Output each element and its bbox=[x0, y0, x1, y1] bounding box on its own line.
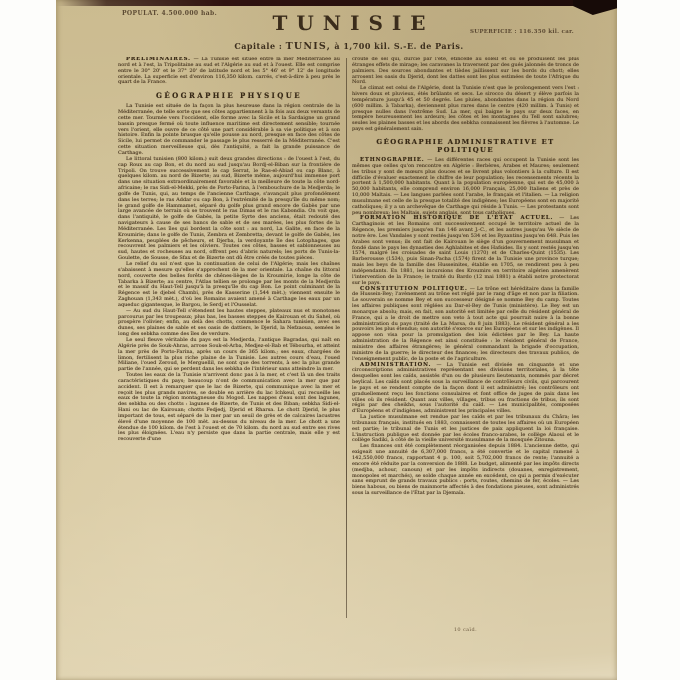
paragraph: La justice musulmane est rendue par les … bbox=[352, 415, 579, 444]
paragraph-constitution-politique: CONSTITUTION POLITIQUE. — Le trône est h… bbox=[352, 287, 579, 363]
paragraph-text: — Les Carthaginois et les Romains ont su… bbox=[352, 215, 579, 285]
paragraph-preliminaires: PRÉLIMINAIRES. — La Tunisie est située e… bbox=[118, 57, 340, 86]
paragraph-ethnographie: ETHNOGRAPHIE. — Les différentes races qu… bbox=[352, 158, 579, 216]
paragraph: La Tunisie est située de la façon la plu… bbox=[118, 104, 340, 157]
paragraph: Le littoral tunisien (800 kilom.) suit d… bbox=[118, 157, 340, 262]
section-heading-geographie-physique: GÉOGRAPHIE PHYSIQUE bbox=[118, 91, 340, 100]
column-divider-rule bbox=[346, 58, 347, 618]
capitale-line: Capitale : TUNIS, à 1,700 kil. S.-E. de … bbox=[118, 41, 580, 52]
capitale-prefix: Capitale : bbox=[234, 41, 285, 51]
paragraph: Les finances ont été complètement réorga… bbox=[352, 444, 579, 497]
section-heading-geographie-administrative: GÉOGRAPHIE ADMINISTRATIVE ET POLITIQUE bbox=[352, 138, 579, 154]
paragraph-text: — La Tunisie est située entre la mer Méd… bbox=[118, 57, 340, 85]
left-text-column: PRÉLIMINAIRES. — La Tunisie est située e… bbox=[118, 57, 340, 615]
paragraph-text: — Les différentes races qui occupent la … bbox=[352, 157, 579, 216]
capitale-suffix: à 1,700 kil. S.-E. de Paris. bbox=[331, 41, 464, 51]
paragraph-administration: ADMINISTRATION. — La Tunisie est divisée… bbox=[352, 363, 579, 416]
book-binding-edge bbox=[56, 0, 617, 6]
paragraph-text: — La Tunisie est divisée en cinquante et… bbox=[352, 362, 579, 415]
superficie-label: SUPERFICIE : 116.350 kil. car. bbox=[447, 29, 597, 35]
printer-signature: 10 caïd. bbox=[352, 627, 579, 633]
paragraph-formation-historique: FORMATION HISTORIQUE DE L'ÉTAT ACTUEL. —… bbox=[352, 216, 579, 286]
right-text-column: croûte de sel qui, durcie par l'été, éti… bbox=[352, 57, 579, 620]
paragraph: — Au sud du Haut-Tell s'étendent les hau… bbox=[118, 309, 340, 338]
paragraph-text: — Le trône est héréditaire dans la famil… bbox=[352, 286, 579, 362]
scanned-page-photo: POPULAT. 4.500.000 hab. TUNISIE SUPERFIC… bbox=[0, 0, 680, 680]
paragraph: Le seul fleuve véritable du pays est la … bbox=[118, 338, 340, 373]
paragraph: Le climat est celui de l'Algérie, dont l… bbox=[352, 86, 579, 133]
capitale-city: TUNIS, bbox=[286, 41, 332, 52]
paragraph: Toutes les eaux de la Tunisie n'arrivent… bbox=[118, 373, 340, 443]
paragraph: Le relief du sol n'est que la continuati… bbox=[118, 262, 340, 309]
paragraph-continuation: croûte de sel qui, durcie par l'été, éti… bbox=[352, 57, 579, 86]
